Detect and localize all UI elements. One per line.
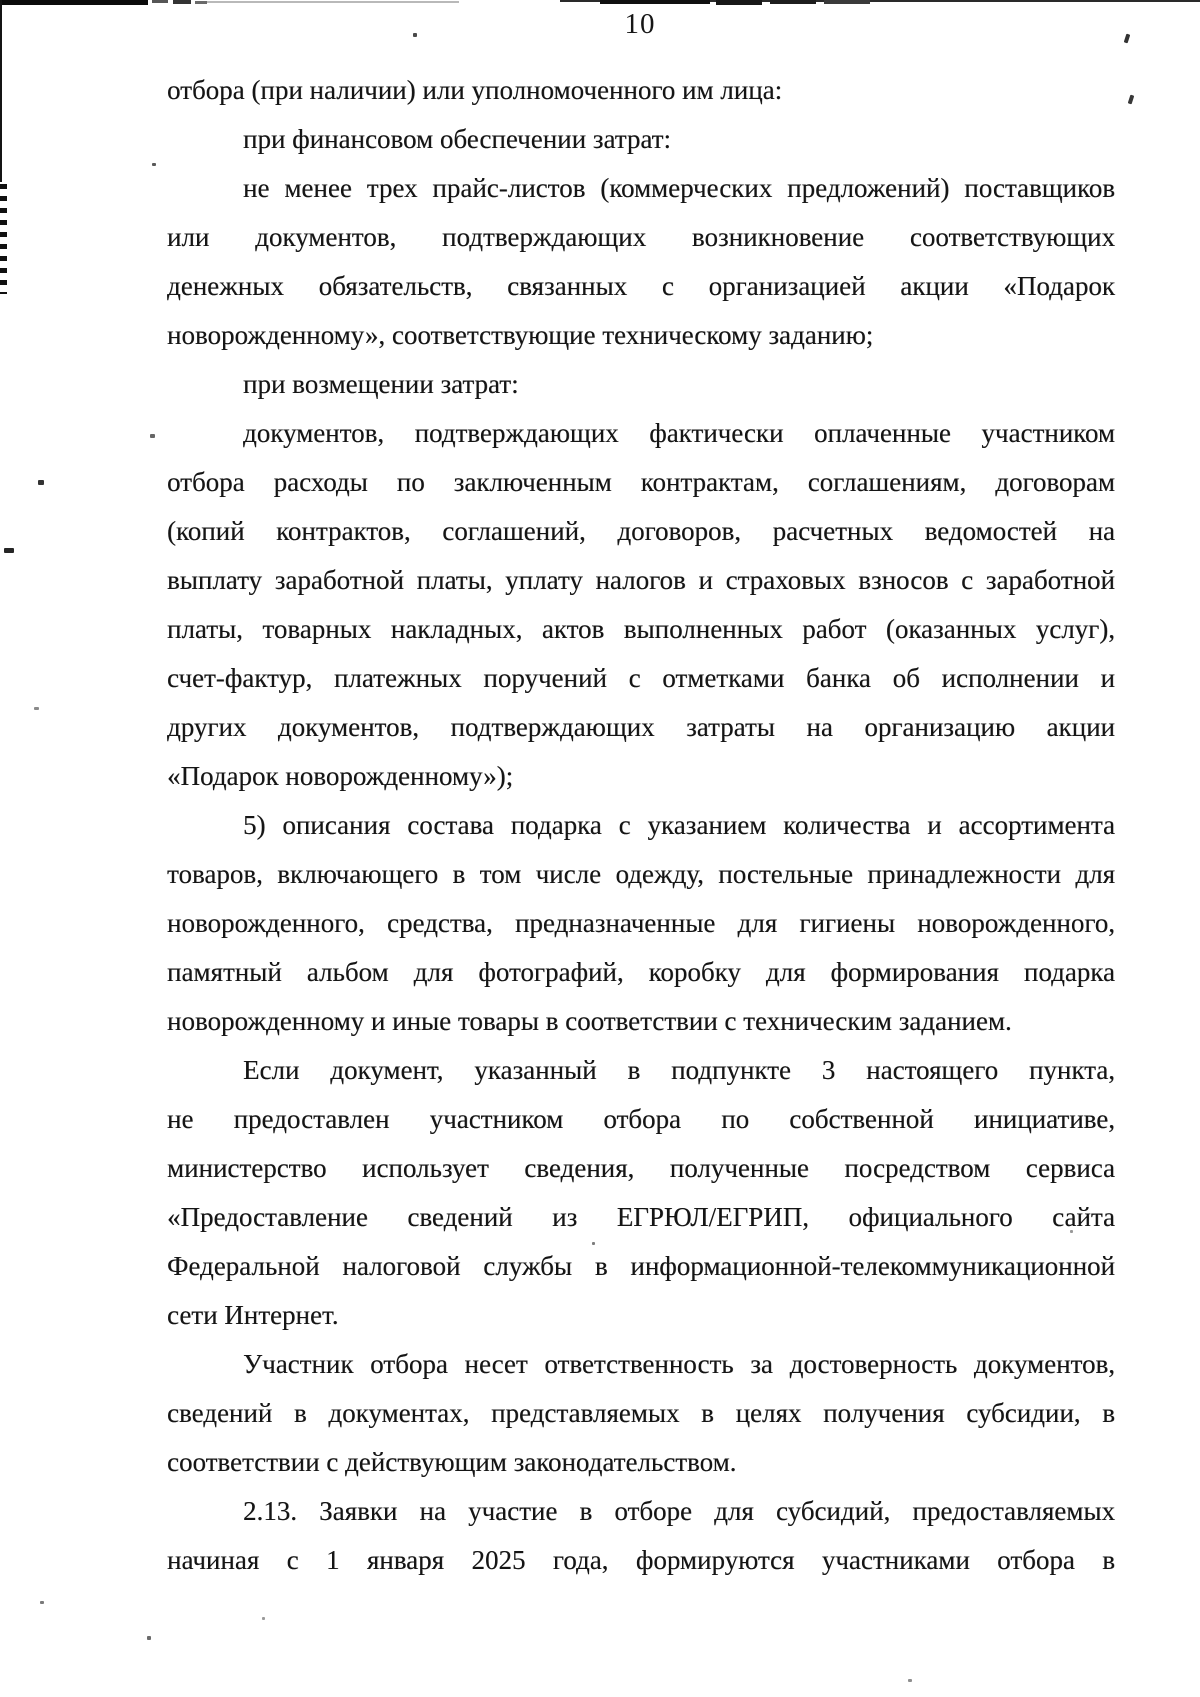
text-line: Федеральной налоговой службы в информаци…: [167, 1242, 1115, 1291]
scan-speck: [150, 434, 155, 438]
scan-edge-top: [173, 0, 191, 4]
document-page: 10 отбора (при наличии) или уполномоченн…: [0, 0, 1200, 1697]
scan-speck: [413, 33, 417, 37]
scan-speck: [34, 707, 39, 710]
text-line: выплату заработной платы, уплату налогов…: [167, 556, 1115, 605]
text-line: Участник отбора несет ответственность за…: [167, 1340, 1115, 1389]
scan-edge-top: [152, 0, 168, 3]
text-line: сведений в документах, представляемых в …: [167, 1389, 1115, 1438]
scan-edge-top: [560, 0, 1200, 2]
document-text: отбора (при наличии) или уполномоченного…: [167, 66, 1115, 1585]
scan-speck: [1128, 95, 1135, 105]
text-line: при финансовом обеспечении затрат:: [167, 115, 1115, 164]
scan-speck: [40, 1601, 44, 1604]
text-line: (копий контрактов, соглашений, договоров…: [167, 507, 1115, 556]
text-line: сети Интернет.: [167, 1291, 1115, 1340]
text-line: товаров, включающего в том числе одежду,…: [167, 850, 1115, 899]
text-line: не менее трех прайс-листов (коммерческих…: [167, 164, 1115, 213]
scan-edge-top: [207, 1, 459, 3]
text-line: счет-фактур, платежных поручений с отмет…: [167, 654, 1115, 703]
text-line: «Предоставление сведений из ЕГРЮЛ/ЕГРИП,…: [167, 1193, 1115, 1242]
scan-speck: [4, 548, 14, 553]
text-line: отбора расходы по заключенным контрактам…: [167, 458, 1115, 507]
page-number: 10: [560, 8, 720, 41]
text-line: памятный альбом для фотографий, коробку …: [167, 948, 1115, 997]
text-line: новорожденному», соответствующие техниче…: [167, 311, 1115, 360]
text-line: других документов, подтверждающих затрат…: [167, 703, 1115, 752]
text-line: денежных обязательств, связанных с орган…: [167, 262, 1115, 311]
text-line: министерство использует сведения, получе…: [167, 1144, 1115, 1193]
text-line: новорожденного, средства, предназначенны…: [167, 899, 1115, 948]
scan-edge-top: [0, 0, 148, 5]
scan-speck: [147, 1636, 151, 1640]
text-line: платы, товарных накладных, актов выполне…: [167, 605, 1115, 654]
scan-edge-top: [824, 0, 870, 4]
text-line: новорожденному и иные товары в соответст…: [167, 997, 1115, 1046]
scan-edge-left: [0, 184, 7, 294]
text-line: или документов, подтверждающих возникнов…: [167, 213, 1115, 262]
text-line: 2.13. Заявки на участие в отборе для суб…: [167, 1487, 1115, 1536]
scan-speck: [38, 480, 44, 485]
text-line: не предоставлен участником отбора по соб…: [167, 1095, 1115, 1144]
text-line: начиная с 1 января 2025 года, формируютс…: [167, 1536, 1115, 1585]
scan-edge-top: [770, 0, 816, 4]
scan-speck: [908, 1679, 912, 1682]
scan-speck: [152, 163, 156, 166]
text-line: 5) описания состава подарка с указанием …: [167, 801, 1115, 850]
text-line: соответствии с действующим законодательс…: [167, 1438, 1115, 1487]
text-line: при возмещении затрат:: [167, 360, 1115, 409]
text-line: «Подарок новорожденному»);: [167, 752, 1115, 801]
scan-edge-top: [716, 0, 762, 5]
text-line: отбора (при наличии) или уполномоченного…: [167, 66, 1115, 115]
scan-speck: [1124, 34, 1131, 44]
scan-edge-top: [600, 0, 710, 4]
scan-edge-top: [195, 1, 207, 4]
scan-edge-left: [0, 0, 2, 182]
text-line: Если документ, указанный в подпункте 3 н…: [167, 1046, 1115, 1095]
text-line: документов, подтверждающих фактически оп…: [167, 409, 1115, 458]
scan-speck: [262, 1617, 265, 1620]
